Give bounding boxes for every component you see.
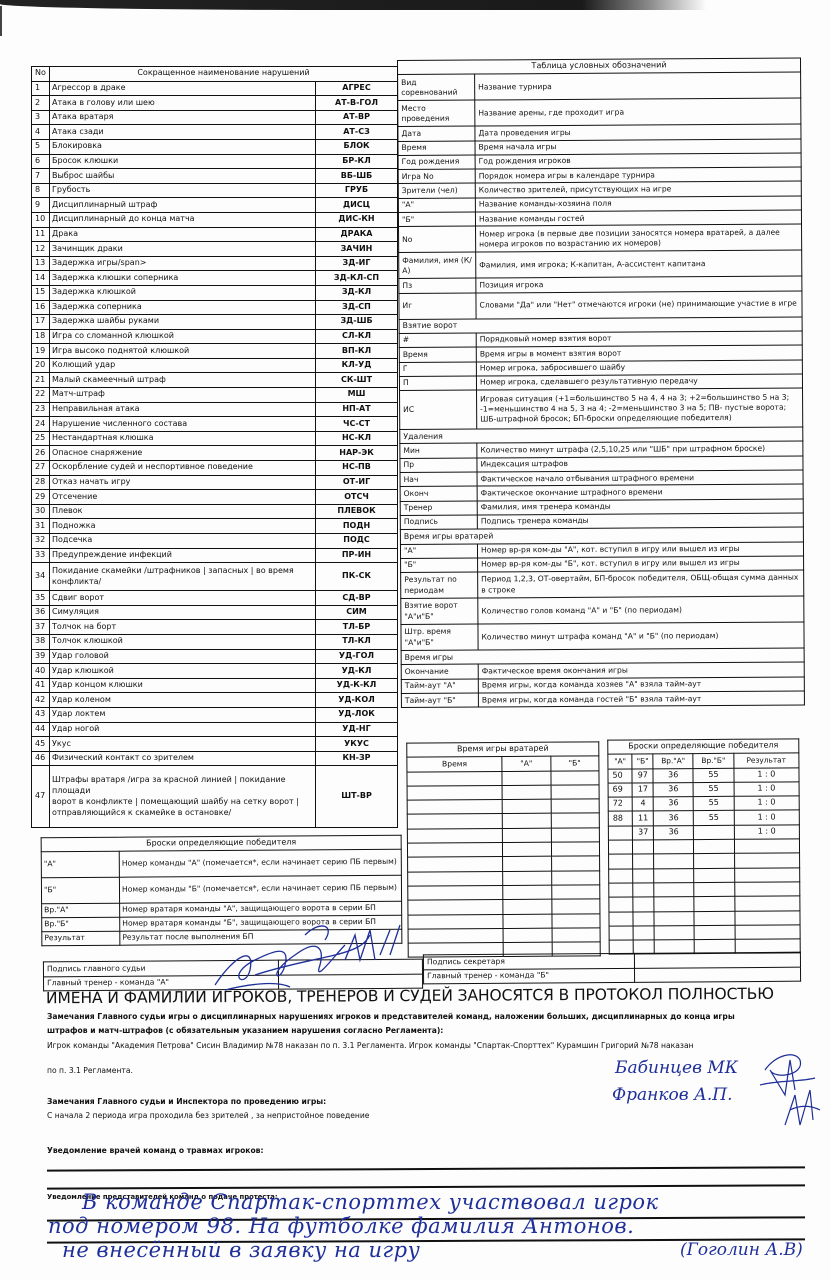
violation-number: 28 bbox=[32, 475, 50, 490]
goalie-time-cell[interactable] bbox=[551, 842, 600, 857]
disciplinary-remarks-title-1: Замечания Главного судьи игры о дисципли… bbox=[47, 1012, 735, 1021]
violation-name: Плевок bbox=[50, 504, 316, 519]
violation-row: 20Колющий ударКЛ-УД bbox=[32, 358, 398, 373]
violation-code: НП-АТ bbox=[316, 402, 398, 417]
shootout-cell[interactable] bbox=[654, 883, 694, 898]
legend-key: # bbox=[399, 333, 476, 348]
violations-table: NoСокращенное наименование нарушений1Агр… bbox=[31, 66, 398, 828]
violation-row: 19Игра высоко поднятой клюшкойВП-КЛ bbox=[32, 344, 398, 359]
legend-row: Место проведенияНазвание арены, где прох… bbox=[398, 98, 801, 126]
shootout-cell[interactable] bbox=[694, 825, 734, 840]
goalie-time-cell[interactable] bbox=[551, 899, 600, 914]
legend-value: Фамилия, имя игрока; К-капитан, А-ассист… bbox=[476, 250, 802, 278]
notice-heading: ИМЕНА И ФАМИЛИИ ИГРОКОВ, ТРЕНЕРОВ И СУДЕ… bbox=[46, 985, 774, 1007]
shootout-cell[interactable] bbox=[694, 854, 734, 869]
shootout-cell[interactable]: 55 bbox=[693, 768, 733, 783]
violation-name: Задержка игры/span> bbox=[50, 256, 316, 271]
shootout-column-header: "А" bbox=[608, 754, 633, 768]
secretary-label: Подпись секретаря bbox=[423, 953, 634, 969]
legend-value: Игровая ситуация (+1=большинство 5 на 4,… bbox=[477, 388, 803, 429]
shootout-row bbox=[609, 868, 800, 884]
violation-name: Малый скамеечный штраф bbox=[50, 373, 316, 388]
violation-name: Удар концом клюшки bbox=[50, 678, 316, 693]
goalie-time-cell[interactable] bbox=[503, 857, 551, 872]
goalie-time-row bbox=[408, 899, 600, 915]
violation-name: Подножка bbox=[50, 519, 316, 534]
legend-key: Вид соревнований bbox=[398, 74, 475, 100]
violation-number: 5 bbox=[32, 139, 50, 154]
violation-name: Задержка шайбы руками bbox=[50, 315, 316, 330]
shootout-cell[interactable]: 55 bbox=[694, 811, 734, 826]
violation-number: 8 bbox=[32, 183, 50, 198]
shootout-legend-key: "Б" bbox=[41, 877, 119, 904]
violation-code: ЗД-КЛ bbox=[316, 285, 398, 300]
violation-row: 45УкусУКУС bbox=[32, 737, 398, 752]
violation-row: 40Удар клюшкойУД-КЛ bbox=[32, 664, 398, 679]
violation-number: 42 bbox=[32, 693, 50, 708]
shootout-cell[interactable] bbox=[633, 911, 654, 925]
violation-code: ЗД-ШБ bbox=[316, 315, 398, 330]
shootout-cell[interactable]: 97 bbox=[632, 768, 653, 782]
shootout-cell[interactable] bbox=[734, 896, 799, 911]
shootout-cell[interactable]: 69 bbox=[608, 783, 633, 797]
violation-code: УД-К-КЛ bbox=[316, 678, 398, 693]
shootout-cell[interactable] bbox=[734, 839, 799, 854]
shootout-row bbox=[609, 882, 800, 898]
violation-number: 41 bbox=[32, 678, 50, 693]
injury-notice-line bbox=[47, 1166, 805, 1171]
column-header-name: Сокращенное наименование нарушений bbox=[50, 67, 398, 82]
shootout-cell[interactable] bbox=[633, 869, 654, 883]
violation-row: 1Агрессор в дракеАГРЕС bbox=[32, 81, 398, 96]
head-coach-b-signature-field[interactable] bbox=[635, 967, 801, 983]
violation-name: Нарушение численного состава bbox=[50, 417, 316, 432]
violation-name: Задержка клюшки соперника bbox=[50, 271, 316, 286]
violation-number: 24 bbox=[32, 417, 50, 432]
shootout-cell[interactable] bbox=[654, 897, 694, 912]
violation-name: Атака сзади bbox=[50, 125, 316, 140]
shootout-cell[interactable] bbox=[609, 869, 634, 883]
shootout-legend-row: "А"Номер команды "А" (помечается*, если … bbox=[41, 849, 401, 878]
shootout-cell[interactable]: 11 bbox=[633, 811, 654, 825]
legend-key: Взятие ворот "А"и"Б" bbox=[401, 598, 478, 624]
violation-code: ПОДН bbox=[316, 519, 398, 534]
violation-code: УД-КОЛ bbox=[316, 693, 398, 708]
shootout-cell[interactable]: 36 bbox=[653, 797, 693, 812]
violation-name: Неправильная атака bbox=[50, 402, 316, 417]
goalie-time-cell[interactable] bbox=[503, 871, 551, 886]
inspector-remarks-text: С начала 2 периода игра проходила без зр… bbox=[47, 1111, 369, 1120]
shootout-cell[interactable] bbox=[654, 854, 694, 869]
violation-code: НС-ПВ bbox=[316, 461, 398, 476]
violation-number: 1 bbox=[32, 81, 50, 96]
goalie-time-cell[interactable] bbox=[552, 928, 601, 943]
violation-number: 47 bbox=[32, 766, 50, 828]
shootout-cell[interactable] bbox=[608, 826, 633, 840]
shootout-cell[interactable] bbox=[633, 897, 654, 911]
shootout-cell[interactable]: 1 : 0 bbox=[734, 810, 799, 825]
goalie-time-cell[interactable] bbox=[407, 785, 502, 800]
violation-name: Дисциплинарный штраф bbox=[50, 198, 316, 213]
disciplinary-remarks-text-2: по п. 3.1 Регламента. bbox=[47, 1066, 133, 1075]
violation-number: 9 bbox=[32, 198, 50, 213]
violation-code: НАР-ЭК bbox=[316, 446, 398, 461]
legend-key: Тренер bbox=[400, 501, 477, 516]
shootout-cell[interactable]: 36 bbox=[654, 825, 694, 840]
head-coach-b-signature-row: Главный тренер - команда "Б" bbox=[424, 967, 801, 984]
goalie-time-cell[interactable] bbox=[407, 771, 502, 786]
legend-row: Штр. время "А"и"Б"Количество минут штраф… bbox=[401, 622, 804, 650]
goalie-time-cell[interactable] bbox=[408, 885, 503, 900]
violation-name: Удар коленом bbox=[50, 693, 316, 708]
goalie-time-cell[interactable] bbox=[503, 928, 551, 943]
shootout-cell[interactable]: 72 bbox=[608, 797, 633, 811]
violation-row: 3Атака вратаряАТ-ВР bbox=[32, 110, 398, 125]
violation-code: ОТ-ИГ bbox=[316, 475, 398, 490]
violation-row: 32ПодсечкаПОДС bbox=[32, 534, 398, 549]
goalie-time-cell[interactable] bbox=[503, 814, 551, 829]
violation-number: 46 bbox=[32, 751, 50, 766]
violation-number: 11 bbox=[32, 227, 50, 242]
goalie-time-title: Время игры вратарей bbox=[407, 742, 599, 758]
shootout-row: 691736551 : 0 bbox=[608, 782, 799, 798]
shootout-cell[interactable]: 36 bbox=[653, 811, 693, 826]
shootout-cell[interactable]: 1 : 0 bbox=[734, 767, 799, 782]
violation-name: Отсечение bbox=[50, 490, 316, 505]
violation-code: КН-ЗР bbox=[316, 751, 398, 766]
shootout-cell[interactable] bbox=[608, 840, 633, 854]
goalie-time-cell[interactable] bbox=[551, 885, 600, 900]
shootout-cell[interactable] bbox=[734, 868, 799, 883]
goalie-time-row bbox=[408, 856, 600, 872]
violation-number: 21 bbox=[32, 373, 50, 388]
violation-code: ТЛ-БР bbox=[316, 620, 398, 635]
shootout-cell[interactable] bbox=[609, 912, 634, 926]
legend-key: Оконч bbox=[400, 486, 477, 501]
shootout-cell[interactable]: 17 bbox=[632, 783, 653, 797]
legend-value: Период 1,2,3, ОТ-овертайм, БП-бросок поб… bbox=[478, 570, 804, 598]
shootout-column-header: Вр."Б" bbox=[693, 754, 733, 769]
legend-key: Игра No bbox=[398, 169, 475, 184]
violation-code: ПР-ИН bbox=[316, 548, 398, 563]
shootout-cell[interactable] bbox=[633, 883, 654, 897]
goalie-time-cell[interactable] bbox=[551, 856, 600, 871]
violation-row: 41Удар концом клюшкиУД-К-КЛ bbox=[32, 678, 398, 693]
shootout-cell[interactable]: 1 : 0 bbox=[734, 825, 799, 840]
shootout-cell[interactable] bbox=[734, 853, 799, 868]
violation-row: 16Задержка соперникаЗД-СП bbox=[32, 300, 398, 315]
violation-row: 9Дисциплинарный штрафДИСЦ bbox=[32, 198, 398, 213]
violation-name: Атака вратаря bbox=[50, 110, 316, 125]
violation-name: Укус bbox=[50, 737, 316, 752]
shootout-cell[interactable] bbox=[633, 854, 654, 868]
goalie-time-column-header: Время bbox=[407, 757, 502, 772]
violation-name: Физический контакт со зрителем bbox=[50, 751, 316, 766]
violation-number: 35 bbox=[32, 591, 50, 606]
violation-number: 22 bbox=[32, 388, 50, 403]
shootout-cell[interactable]: 50 bbox=[608, 769, 633, 783]
goalie-time-header-row: Время"А""Б" bbox=[407, 756, 599, 772]
goalie-time-cell[interactable] bbox=[502, 771, 550, 786]
legend-key: No bbox=[399, 226, 476, 252]
violation-number: 6 bbox=[32, 154, 50, 169]
violation-number: 12 bbox=[32, 242, 50, 257]
goalie-time-cell[interactable] bbox=[502, 785, 550, 800]
shootout-cell[interactable] bbox=[694, 868, 734, 883]
legend-row: Фамилия, имя (К/А)Фамилия, имя игрока; К… bbox=[399, 250, 802, 278]
violation-row: 34Покидание скамейки /штрафников | запас… bbox=[32, 563, 398, 591]
violation-code: АТ-В-ГОЛ bbox=[316, 96, 398, 111]
violation-number: 26 bbox=[32, 446, 50, 461]
violation-row: 8ГрубостьГРУБ bbox=[32, 183, 398, 198]
goalie-time-cell[interactable] bbox=[503, 828, 551, 843]
violation-name: Нестандартная клюшка bbox=[50, 431, 316, 446]
violation-row: 12Зачинщик дракиЗАЧИН bbox=[32, 242, 398, 257]
shootout-legend-value: Номер команды "Б" (помечается*, если нач… bbox=[119, 875, 401, 903]
violation-number: 37 bbox=[32, 620, 50, 635]
violation-number: 20 bbox=[32, 358, 50, 373]
shootout-cell[interactable] bbox=[694, 911, 734, 926]
shootout-cell[interactable] bbox=[633, 926, 654, 940]
violation-code: БР-КЛ bbox=[316, 154, 398, 169]
goalie-time-cell[interactable] bbox=[551, 770, 600, 785]
legend-row: Вид соревнованийНазвание турнира bbox=[398, 72, 801, 100]
violation-code: ЗД-СП bbox=[316, 300, 398, 315]
violation-name: Удар локтем bbox=[50, 707, 316, 722]
shootout-row: 509736551 : 0 bbox=[608, 767, 799, 783]
goalie-time-cell[interactable] bbox=[407, 843, 502, 858]
shootout-cell[interactable] bbox=[654, 911, 694, 926]
violation-name: Оскорбление судей и неспортивное поведен… bbox=[50, 461, 316, 476]
signature-table-right: Подпись секретаря Главный тренер - коман… bbox=[423, 952, 801, 985]
shootout-cell[interactable] bbox=[734, 882, 799, 897]
goalie-time-cell[interactable] bbox=[551, 785, 600, 800]
violation-row: 4Атака сзадиАТ-СЗ bbox=[32, 125, 398, 140]
shootout-cell[interactable] bbox=[609, 926, 634, 940]
shootout-cell[interactable] bbox=[609, 883, 634, 897]
violation-row: 27Оскорбление судей и неспортивное повед… bbox=[32, 461, 398, 476]
shootout-cell[interactable]: 88 bbox=[608, 811, 633, 825]
goalie-time-row bbox=[407, 828, 599, 844]
shootout-cell[interactable] bbox=[609, 897, 634, 911]
legend-key: "Б" bbox=[401, 558, 478, 573]
violation-name: Удар клюшкой bbox=[50, 664, 316, 679]
violation-name: Удар ногой bbox=[50, 722, 316, 737]
shootout-cell[interactable]: 55 bbox=[693, 782, 733, 797]
violation-number: 18 bbox=[32, 329, 50, 344]
shootout-cell[interactable] bbox=[735, 925, 800, 940]
goalie-time-cell[interactable] bbox=[408, 871, 503, 886]
violation-number: 14 bbox=[32, 271, 50, 286]
shootout-legend-key: "А" bbox=[41, 851, 119, 878]
shootout-cell[interactable] bbox=[694, 925, 734, 940]
violations-header-row: NoСокращенное наименование нарушений bbox=[32, 67, 398, 82]
violation-name: Матч-штраф bbox=[50, 388, 316, 403]
column-header-no: No bbox=[32, 67, 50, 82]
violation-code: ПЛЕВОК bbox=[316, 504, 398, 519]
official-signature-icon bbox=[755, 1050, 825, 1130]
shootout-row: 37361 : 0 bbox=[608, 825, 799, 841]
legend-table: Таблица условных обозначенийВид соревнов… bbox=[397, 58, 805, 709]
shootout-cell[interactable] bbox=[654, 925, 694, 940]
violation-row: 30ПлевокПЛЕВОК bbox=[32, 504, 398, 519]
violation-number: 43 bbox=[32, 707, 50, 722]
violation-row: 23Неправильная атакаНП-АТ bbox=[32, 402, 398, 417]
goalie-time-cell[interactable] bbox=[551, 871, 600, 886]
goalie-time-cell[interactable] bbox=[407, 814, 502, 829]
violation-name: Симуляция bbox=[50, 605, 316, 620]
violation-row: 36СимуляцияСИМ bbox=[32, 605, 398, 620]
legend-key: Нач bbox=[400, 472, 477, 487]
violation-code: ШТ-ВР bbox=[316, 766, 398, 828]
violation-row: 17Задержка шайбы рукамиЗД-ШБ bbox=[32, 315, 398, 330]
shootout-cell[interactable]: 55 bbox=[694, 796, 734, 811]
violation-number: 19 bbox=[32, 344, 50, 359]
shootout-row bbox=[609, 925, 800, 941]
violation-code: УД-КЛ bbox=[316, 664, 398, 679]
violation-number: 38 bbox=[32, 634, 50, 649]
violation-row: 7Выброс шайбыВБ-ШБ bbox=[32, 169, 398, 184]
violation-code: УД-ГОЛ bbox=[316, 649, 398, 664]
shootout-header-row: "А""Б"Вр."А"Вр."Б"Результат bbox=[608, 753, 799, 769]
protest-signer: (Гоголин А.В) bbox=[680, 1240, 803, 1260]
goalie-time-cell[interactable] bbox=[407, 828, 502, 843]
violation-code: СК-ШТ bbox=[316, 373, 398, 388]
shootout-cell[interactable] bbox=[694, 882, 734, 897]
violation-number: 44 bbox=[32, 722, 50, 737]
violation-number: 32 bbox=[32, 534, 50, 549]
goalie-time-cell[interactable] bbox=[552, 913, 601, 928]
shootout-title-row: Броски определяющие победителя bbox=[608, 739, 799, 755]
violation-row: 42Удар коленомУД-КОЛ bbox=[32, 693, 398, 708]
goalie-time-cell[interactable] bbox=[407, 800, 502, 815]
violation-row: 35Сдвиг воротСД-ВР bbox=[32, 591, 398, 606]
legend-key: Время bbox=[398, 141, 475, 156]
legend-row: NoНомер игрока (в первые две позиции зан… bbox=[399, 224, 802, 252]
legend-key: Фамилия, имя (К/А) bbox=[399, 252, 476, 278]
legend-key: Подпись bbox=[400, 515, 477, 530]
goalie-time-row bbox=[407, 813, 599, 829]
legend-row: Тайм-аут "Б"Время игры, когда команда го… bbox=[401, 691, 804, 708]
legend-key: Пз bbox=[399, 278, 476, 293]
violation-code: ГРУБ bbox=[316, 183, 398, 198]
shootout-cell[interactable] bbox=[633, 840, 654, 854]
violation-name: Толчок на борт bbox=[50, 620, 316, 635]
violation-row: 33Предупреждение инфекцийПР-ИН bbox=[32, 548, 398, 563]
shootout-cell[interactable]: 37 bbox=[633, 826, 654, 840]
violation-code: АТ-ВР bbox=[316, 110, 398, 125]
shootout-cell[interactable]: 36 bbox=[653, 768, 693, 783]
violation-name: Блокировка bbox=[50, 139, 316, 154]
violation-name: Штрафы вратаря /игра за красной линией |… bbox=[50, 766, 316, 828]
legend-key: Результат по периодам bbox=[401, 572, 478, 598]
violation-number: 3 bbox=[32, 110, 50, 125]
shootout-cell[interactable]: 36 bbox=[653, 782, 693, 797]
legend-key: П bbox=[399, 376, 476, 391]
shootout-cell[interactable] bbox=[694, 897, 734, 912]
shootout-cell[interactable] bbox=[609, 854, 634, 868]
scan-edge-shadow bbox=[0, 0, 831, 10]
violation-number: 29 bbox=[32, 490, 50, 505]
violation-code: МШ bbox=[316, 388, 398, 403]
violation-row: 31ПодножкаПОДН bbox=[32, 519, 398, 534]
goalie-time-column-header: "А" bbox=[502, 756, 550, 771]
shootout-cell[interactable]: 1 : 0 bbox=[734, 782, 799, 797]
legend-key: Зрители (чел) bbox=[398, 184, 475, 199]
legend-key: Пр bbox=[400, 458, 477, 473]
legend-key: Штр. время "А"и"Б" bbox=[401, 624, 478, 650]
goalie-time-row bbox=[408, 885, 600, 901]
violation-name: Задержка соперника bbox=[50, 300, 316, 315]
violation-code: ДИСЦ bbox=[316, 198, 398, 213]
goalie-time-cell[interactable] bbox=[503, 899, 551, 914]
goalie-time-cell[interactable] bbox=[503, 914, 551, 929]
legend-key: Окончание bbox=[401, 664, 478, 679]
shootout-cell[interactable]: 1 : 0 bbox=[734, 796, 799, 811]
violation-row: 2Атака в голову или шеюАТ-В-ГОЛ bbox=[32, 96, 398, 111]
violation-code: ДРАКА bbox=[316, 227, 398, 242]
goalie-time-cell[interactable] bbox=[503, 885, 551, 900]
legend-key: Дата bbox=[398, 126, 475, 141]
shootout-cell[interactable] bbox=[654, 868, 694, 883]
violation-row: 10Дисциплинарный до конца матчаДИС-КН bbox=[32, 212, 398, 227]
violation-code: ВП-КЛ bbox=[316, 344, 398, 359]
violation-code: ПК-СК bbox=[316, 563, 398, 591]
violation-number: 10 bbox=[32, 212, 50, 227]
goalie-time-cell[interactable] bbox=[408, 900, 503, 915]
goalie-time-cell[interactable] bbox=[408, 857, 503, 872]
goalie-time-row bbox=[407, 842, 599, 858]
legend-row: ИСИгровая ситуация (+1=большинство 5 на … bbox=[400, 388, 803, 429]
violation-number: 4 bbox=[32, 125, 50, 140]
goalie-time-cell[interactable] bbox=[551, 813, 600, 828]
violation-number: 23 bbox=[32, 402, 50, 417]
violation-code: НС-КЛ bbox=[316, 431, 398, 446]
violation-code: ПОДС bbox=[316, 534, 398, 549]
violation-row: 24Нарушение численного составаЧС-СТ bbox=[32, 417, 398, 432]
goalie-time-cell[interactable] bbox=[503, 842, 551, 857]
shootout-column-header: Результат bbox=[733, 753, 798, 768]
violation-code: УКУС bbox=[316, 737, 398, 752]
goalie-time-cell[interactable] bbox=[502, 799, 550, 814]
secretary-signature-field[interactable] bbox=[635, 952, 801, 968]
goalie-time-cell[interactable] bbox=[551, 828, 600, 843]
legend-value: Время игры, когда команда гостей "Б" взя… bbox=[478, 691, 804, 707]
legend-row: Взятие ворот "А"и"Б"Количество голов ком… bbox=[401, 596, 804, 624]
violation-row: 18Игра со сломанной клюшкойСЛ-КЛ bbox=[32, 329, 398, 344]
injury-notice-title: Уведомление врачей команд о травмах игро… bbox=[47, 1146, 264, 1155]
shootout-cell[interactable] bbox=[735, 910, 800, 925]
violation-row: 39Удар головойУД-ГОЛ bbox=[32, 649, 398, 664]
violation-code: ВБ-ШБ bbox=[316, 169, 398, 184]
violation-number: 36 bbox=[32, 605, 50, 620]
violation-name: Игра со сломанной клюшкой bbox=[50, 329, 316, 344]
violation-row: 29ОтсечениеОТСЧ bbox=[32, 490, 398, 505]
violation-row: 14Задержка клюшки соперникаЗД-КЛ-СП bbox=[32, 271, 398, 286]
shootout-cell[interactable] bbox=[654, 840, 694, 855]
violation-row: 46Физический контакт со зрителемКН-ЗР bbox=[32, 751, 398, 766]
protest-handwriting-line-2: под номером 98. На футболке фамилия Анто… bbox=[48, 1214, 634, 1238]
violation-name: Атака в голову или шею bbox=[50, 96, 316, 111]
violation-code: ЗД-ИГ bbox=[316, 256, 398, 271]
violation-code: СЛ-КЛ bbox=[316, 329, 398, 344]
shootout-cell[interactable]: 4 bbox=[633, 797, 654, 811]
goalie-time-cell[interactable] bbox=[551, 799, 600, 814]
violation-row: 47Штрафы вратаря /игра за красной линией… bbox=[32, 766, 398, 828]
violation-number: 31 bbox=[32, 519, 50, 534]
shootout-cell[interactable] bbox=[694, 839, 734, 854]
legend-key: Год рождения bbox=[398, 155, 475, 170]
